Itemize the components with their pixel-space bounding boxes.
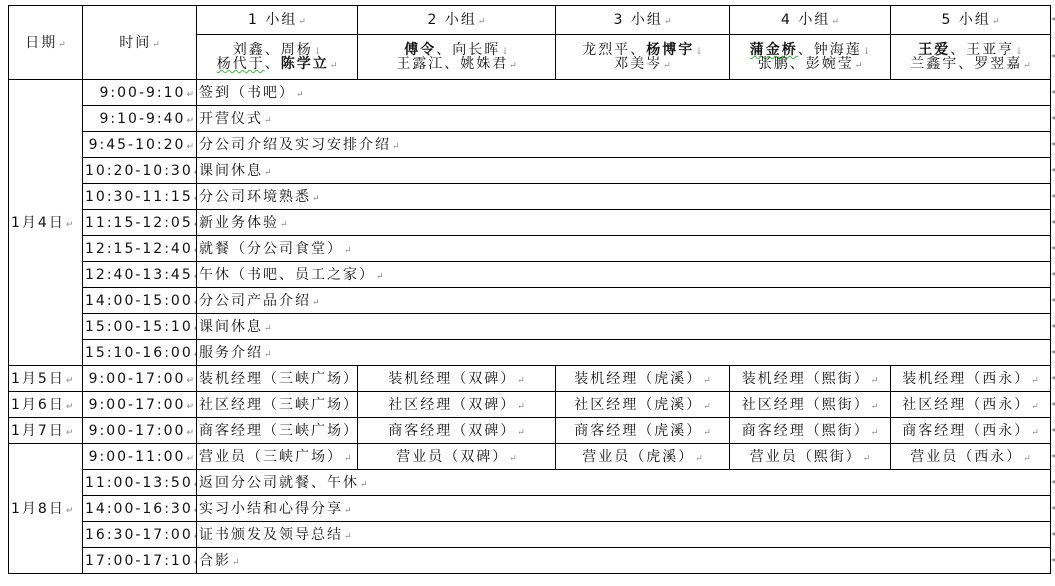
paragraph-mark: ↵ xyxy=(344,454,352,464)
paragraph-mark: ↵ xyxy=(264,350,272,360)
paragraph-mark: ↵ xyxy=(344,246,352,256)
group-number: 3 xyxy=(614,12,625,28)
activity-cell-text: 合影 xyxy=(199,553,231,569)
paragraph-mark: ↵ xyxy=(992,17,1000,27)
group-assignment-cell: 商客经理（西永）↵ xyxy=(891,418,1051,444)
date-cell-text: 1月5日 xyxy=(11,371,65,387)
activity-cell: 证书颁发及领导总结↵ xyxy=(197,522,1051,548)
paragraph-mark: ↵ xyxy=(695,454,703,464)
group-5-header: 5 小组↵ xyxy=(891,6,1051,35)
group-assignment-cell: 商客经理（三峡广场）↵ xyxy=(197,418,358,444)
paragraph-mark: ↵ xyxy=(232,558,240,568)
row-end-mark: ◂ xyxy=(1051,14,1055,23)
group-assignment-cell: 营业员（三峡广场）↵ xyxy=(197,444,358,470)
date-cell-text: 1月8日 xyxy=(11,501,65,517)
member-line-2: 杨代于、陈学立↵ xyxy=(199,57,355,71)
group-assignment-cell: 营业员（熙街）↵ xyxy=(730,444,891,470)
group-label: 小组 xyxy=(259,12,297,28)
row-end-mark: ◂ xyxy=(1051,503,1055,512)
group-assignment-cell: 商客经理（虎溪）↵ xyxy=(556,418,730,444)
time-cell: 15:00-15:10↵ xyxy=(83,314,197,340)
group-assignment-cell-text: 装机经理（熙街） xyxy=(742,371,870,387)
time-cell-text: 11:15-12:05 xyxy=(85,215,193,231)
schedule-row: 9:10-9:40↵开营仪式↵ xyxy=(9,106,1051,132)
activity-cell: 分公司产品介绍↵ xyxy=(197,288,1051,314)
paragraph-mark: ↵ xyxy=(186,116,194,126)
group-label: 小组 xyxy=(624,12,662,28)
paragraph-mark: ↵ xyxy=(703,376,711,386)
time-cell-text: 14:00-15:00 xyxy=(85,293,193,309)
group-assignment-cell: 社区经理（虎溪）↵ xyxy=(556,392,730,418)
time-cell-text: 12:15-12:40 xyxy=(85,241,193,257)
time-cell-text: 11:00-13:50 xyxy=(85,475,193,491)
paragraph-mark: ↵ xyxy=(360,480,368,490)
schedule-row: 14:00-16:30↵实习小结和心得分享↵ xyxy=(9,496,1051,522)
group-2-header: 2 小组↵ xyxy=(358,6,556,35)
schedule-row: 1月7日↵9:00-17:00↵商客经理（三峡广场）↵商客经理（双碑）↵商客经理… xyxy=(9,418,1051,444)
group-assignment-cell: 营业员（虎溪）↵ xyxy=(556,444,730,470)
schedule-row: 10:30-11:15↵分公司环境熟悉↵ xyxy=(9,184,1051,210)
time-cell-text: 9:10-9:40 xyxy=(100,111,186,127)
row-end-mark: ◂ xyxy=(1051,555,1055,564)
paragraph-mark: ↵ xyxy=(66,220,74,230)
schedule-row: 17:00-17:10↵合影↵ xyxy=(9,548,1051,574)
time-cell: 12:40-13:45↵ xyxy=(83,262,197,288)
group-4-header: 4 小组↵ xyxy=(730,6,891,35)
group-number: 1 xyxy=(248,12,259,28)
group-assignment-cell-text: 商客经理（西永） xyxy=(902,423,1030,439)
time-cell-text: 14:00-16:30 xyxy=(85,501,193,517)
activity-cell-text: 分公司环境熟悉 xyxy=(199,189,311,205)
group-assignment-cell-text: 商客经理（虎溪） xyxy=(574,423,702,439)
member-line-2: 王露江、姚姝君↵ xyxy=(360,57,553,71)
paragraph-mark: ↵ xyxy=(863,454,871,464)
activity-cell-text: 分公司产品介绍 xyxy=(199,293,311,309)
time-cell: 14:00-15:00↵ xyxy=(83,288,197,314)
member-name: 邓美岑 xyxy=(614,56,662,72)
group-assignment-cell-text: 社区经理（熙街） xyxy=(742,397,870,413)
paragraph-mark: ↵ xyxy=(186,142,194,152)
activity-cell-text: 课间休息 xyxy=(199,319,263,335)
group-assignment-cell: 社区经理（西永）↵ xyxy=(891,392,1051,418)
time-cell: 10:30-11:15↵ xyxy=(83,184,197,210)
group-assignment-cell-text: 营业员（三峡广场） xyxy=(199,449,343,465)
paragraph-mark: ↵ xyxy=(871,376,879,386)
group-1-header: 1 小组↵ xyxy=(197,6,358,35)
activity-cell: 新业务体验↵ xyxy=(197,210,1051,236)
row-end-mark: ◂ xyxy=(1051,113,1055,122)
time-cell: 9:10-9:40↵ xyxy=(83,106,197,132)
time-cell-text: 12:40-13:45 xyxy=(85,267,193,283)
activity-cell: 返回分公司就餐、午休↵ xyxy=(197,470,1051,496)
activity-cell-text: 课间休息 xyxy=(199,163,263,179)
paragraph-mark: ↵ xyxy=(264,116,272,126)
time-cell: 11:15-12:05↵ xyxy=(83,210,197,236)
paragraph-mark: ↵ xyxy=(58,40,66,50)
time-cell: 9:00-17:00↵ xyxy=(83,366,197,392)
paragraph-mark: ↵ xyxy=(296,90,304,100)
paragraph-mark: ↵ xyxy=(871,402,879,412)
activity-cell-text: 分公司介绍及实习安排介绍 xyxy=(199,137,391,153)
paragraph-mark: ↵ xyxy=(376,272,384,282)
group-assignment-cell: 商客经理（双碑）↵ xyxy=(358,418,556,444)
activity-cell: 课间休息↵ xyxy=(197,314,1051,340)
time-cell: 14:00-16:30↵ xyxy=(83,496,197,522)
date-cell-text: 1月7日 xyxy=(11,423,65,439)
date-cell-text: 1月6日 xyxy=(11,397,65,413)
group-label: 小组 xyxy=(438,12,476,28)
paragraph-mark: ↵ xyxy=(312,298,320,308)
time-cell: 9:45-10:20↵ xyxy=(83,132,197,158)
group-assignment-cell-text: 装机经理（虎溪） xyxy=(574,371,702,387)
paragraph-mark: ↵ xyxy=(517,376,525,386)
schedule-row: 14:00-15:00↵分公司产品介绍↵ xyxy=(9,288,1051,314)
group-assignment-cell-text: 装机经理（三峡广场） xyxy=(199,371,358,387)
group-assignment-cell-text: 营业员（虎溪） xyxy=(582,449,694,465)
paragraph-mark: ↵ xyxy=(1023,61,1031,71)
time-cell: 9:00-11:00↵ xyxy=(83,444,197,470)
paragraph-mark: ↵ xyxy=(330,61,338,71)
activity-cell-text: 实习小结和心得分享 xyxy=(199,501,343,517)
schedule-row: 16:30-17:00↵证书颁发及领导总结↵ xyxy=(9,522,1051,548)
activity-cell: 签到（书吧）↵ xyxy=(197,80,1051,106)
date-cell: 1月7日↵ xyxy=(9,418,83,444)
schedule-row: 15:10-16:00↵服务介绍↵ xyxy=(9,340,1051,366)
member-line-2: 张鹏、彭婉莹↵ xyxy=(732,57,888,71)
schedule-row: 11:00-13:50↵返回分公司就餐、午休↵ xyxy=(9,470,1051,496)
time-cell-text: 17:00-17:10 xyxy=(85,553,193,569)
member-name: 王露江 xyxy=(396,56,444,72)
activity-cell-text: 证书颁发及领导总结 xyxy=(199,527,343,543)
member-name: 杨代于 xyxy=(217,56,265,72)
paragraph-mark: ↵ xyxy=(186,428,194,438)
paragraph-mark: ↵ xyxy=(280,220,288,230)
time-cell: 9:00-17:00↵ xyxy=(83,418,197,444)
activity-cell-text: 服务介绍 xyxy=(199,345,263,361)
paragraph-mark: ↵ xyxy=(1031,402,1039,412)
paragraph-mark: ↵ xyxy=(66,376,74,386)
date-cell: 1月8日↵ xyxy=(9,444,83,574)
activity-cell-text: 就餐（分公司食堂） xyxy=(199,241,343,257)
time-cell: 15:10-16:00↵ xyxy=(83,340,197,366)
group-assignment-cell-text: 营业员（双碑） xyxy=(396,449,508,465)
row-end-mark: ◂ xyxy=(1051,477,1055,486)
time-cell-text: 15:00-15:10 xyxy=(85,319,193,335)
group-assignment-cell: 装机经理（双碑）↵ xyxy=(358,366,556,392)
group-assignment-cell-text: 营业员（熙街） xyxy=(750,449,862,465)
header-row-groups: 日期↵ 时间↵ 1 小组↵ 2 小组↵ 3 小组↵ 4 小组↵ 5 小组↵ xyxy=(9,6,1051,35)
group-assignment-cell-text: 商客经理（熙街） xyxy=(742,423,870,439)
group-assignment-cell: 社区经理（熙街）↵ xyxy=(730,392,891,418)
time-cell: 9:00-17:00↵ xyxy=(83,392,197,418)
paragraph-mark: ↵ xyxy=(186,454,194,464)
paragraph-mark: ↵ xyxy=(831,17,839,27)
group-assignment-cell: 装机经理（虎溪）↵ xyxy=(556,366,730,392)
separator: 、 xyxy=(444,56,460,72)
row-end-mark: ◂ xyxy=(1051,295,1055,304)
line-break-mark: ↓ xyxy=(695,47,703,57)
paragraph-mark: ↵ xyxy=(703,428,711,438)
separator: 、 xyxy=(265,56,281,72)
date-cell: 1月6日↵ xyxy=(9,392,83,418)
paragraph-mark: ↵ xyxy=(66,428,74,438)
line-break-mark: ↓ xyxy=(863,47,871,57)
row-end-mark: ◂ xyxy=(1051,269,1055,278)
date-header-label: 日期 xyxy=(25,35,57,51)
row-end-mark: ◂ xyxy=(1051,321,1055,330)
paragraph-mark: ↵ xyxy=(703,402,711,412)
group-assignment-cell: 商客经理（熙街）↵ xyxy=(730,418,891,444)
group-assignment-cell-text: 装机经理（西永） xyxy=(902,371,1030,387)
row-end-mark: ◂ xyxy=(1051,243,1055,252)
paragraph-mark: ↵ xyxy=(509,454,517,464)
member-name: 姚姝君 xyxy=(460,56,508,72)
paragraph-mark: ↵ xyxy=(663,61,671,71)
activity-cell: 课间休息↵ xyxy=(197,158,1051,184)
schedule-row: 1月5日↵9:00-17:00↵装机经理（三峡广场）↵装机经理（双碑）↵装机经理… xyxy=(9,366,1051,392)
date-cell: 1月5日↵ xyxy=(9,366,83,392)
group-4-members: 蒲金桥、钟海莲↓张鹏、彭婉莹↵ xyxy=(730,35,891,80)
activity-cell: 分公司介绍及实习安排介绍↵ xyxy=(197,132,1051,158)
paragraph-mark: ↵ xyxy=(871,428,879,438)
paragraph-mark: ↵ xyxy=(152,40,160,50)
member-name: 陈学立 xyxy=(281,56,329,72)
internship-schedule-table: 日期↵ 时间↵ 1 小组↵ 2 小组↵ 3 小组↵ 4 小组↵ 5 小组↵ 刘鑫… xyxy=(8,5,1051,574)
group-3-header: 3 小组↵ xyxy=(556,6,730,35)
activity-cell: 就餐（分公司食堂）↵ xyxy=(197,236,1051,262)
member-line-1: 王爱、王亚亨↓ xyxy=(893,43,1048,57)
time-cell-text: 9:45-10:20 xyxy=(89,137,186,153)
activity-cell: 开营仪式↵ xyxy=(197,106,1051,132)
paragraph-mark: ↵ xyxy=(298,17,306,27)
group-assignment-cell: 装机经理（三峡广场）↵ xyxy=(197,366,358,392)
paragraph-mark: ↵ xyxy=(517,428,525,438)
row-end-mark: ◂ xyxy=(1051,217,1055,226)
activity-cell-text: 返回分公司就餐、午休 xyxy=(199,475,359,491)
member-name: 彭婉莹 xyxy=(806,56,854,72)
schedule-row: 10:20-10:30↵课间休息↵ xyxy=(9,158,1051,184)
group-assignment-cell: 装机经理（熙街）↵ xyxy=(730,366,891,392)
group-number: 4 xyxy=(781,12,792,28)
paragraph-mark: ↵ xyxy=(1031,428,1039,438)
time-cell: 16:30-17:00↵ xyxy=(83,522,197,548)
member-line-2: 邓美岑↵ xyxy=(558,57,727,71)
time-header-label: 时间 xyxy=(119,35,151,51)
member-line-1: 傅令、向长晖↓ xyxy=(360,43,553,57)
time-cell-text: 9:00-9:10 xyxy=(100,85,186,101)
schedule-body: 1月4日↵9:00-9:10↵签到（书吧）↵9:10-9:40↵开营仪式↵9:4… xyxy=(9,80,1051,574)
schedule-row: 12:15-12:40↵就餐（分公司食堂）↵ xyxy=(9,236,1051,262)
schedule-row: 1月6日↵9:00-17:00↵社区经理（三峡广场）↵社区经理（双碑）↵社区经理… xyxy=(9,392,1051,418)
row-end-mark: ◂ xyxy=(1051,373,1055,382)
time-cell-text: 15:10-16:00 xyxy=(85,345,193,361)
group-5-members: 王爱、王亚亨↓兰鑫宇、罗翌嘉↵ xyxy=(891,35,1051,80)
group-assignment-cell-text: 社区经理（三峡广场） xyxy=(199,397,358,413)
group-assignment-cell-text: 社区经理（虎溪） xyxy=(574,397,702,413)
paragraph-mark: ↵ xyxy=(517,402,525,412)
group-label: 小组 xyxy=(952,12,990,28)
paragraph-mark: ↵ xyxy=(664,17,672,27)
time-cell: 17:00-17:10↵ xyxy=(83,548,197,574)
time-cell-text: 10:20-10:30 xyxy=(85,163,193,179)
member-line-1: 蒲金桥、钟海莲↓ xyxy=(732,43,888,57)
schedule-row: 15:00-15:10↵课间休息↵ xyxy=(9,314,1051,340)
member-line-1: 龙烈平、杨博宇↓ xyxy=(558,43,727,57)
group-assignment-cell: 社区经理（双碑）↵ xyxy=(358,392,556,418)
paragraph-mark: ↵ xyxy=(344,506,352,516)
activity-cell-text: 签到（书吧） xyxy=(199,85,295,101)
member-name: 罗翌嘉 xyxy=(974,56,1022,72)
member-line-2: 兰鑫宇、罗翌嘉↵ xyxy=(893,57,1048,71)
time-cell-text: 9:00-17:00 xyxy=(89,397,186,413)
paragraph-mark: ↵ xyxy=(1031,376,1039,386)
group-assignment-cell: 营业员（双碑）↵ xyxy=(358,444,556,470)
activity-cell: 午休（书吧、员工之家）↵ xyxy=(197,262,1051,288)
row-end-mark: ◂ xyxy=(1051,399,1055,408)
group-assignment-cell: 装机经理（西永）↵ xyxy=(891,366,1051,392)
group-assignment-cell-text: 社区经理（西永） xyxy=(902,397,1030,413)
group-number: 5 xyxy=(942,12,953,28)
schedule-row: 11:15-12:05↵新业务体验↵ xyxy=(9,210,1051,236)
paragraph-mark: ↵ xyxy=(264,168,272,178)
date-cell-text: 1月4日 xyxy=(11,215,65,231)
group-assignment-cell-text: 商客经理（双碑） xyxy=(388,423,516,439)
paragraph-mark: ↵ xyxy=(186,90,194,100)
paragraph-mark: ↵ xyxy=(1023,454,1031,464)
time-cell-text: 16:30-17:00 xyxy=(85,527,193,543)
paragraph-mark: ↵ xyxy=(186,402,194,412)
row-end-mark: ◂ xyxy=(1051,139,1055,148)
group-assignment-cell-text: 营业员（西永） xyxy=(910,449,1022,465)
time-cell-text: 9:00-11:00 xyxy=(89,449,186,465)
time-cell-text: 9:00-17:00 xyxy=(89,423,186,439)
schedule-row: 9:45-10:20↵分公司介绍及实习安排介绍↵ xyxy=(9,132,1051,158)
paragraph-mark: ↵ xyxy=(312,194,320,204)
paragraph-mark: ↵ xyxy=(186,376,194,386)
row-end-mark: ◂ xyxy=(1051,347,1055,356)
date-header: 日期↵ xyxy=(9,6,83,80)
activity-cell-text: 新业务体验 xyxy=(199,215,279,231)
paragraph-mark: ↵ xyxy=(509,61,517,71)
activity-cell: 分公司环境熟悉↵ xyxy=(197,184,1051,210)
activity-cell-text: 开营仪式 xyxy=(199,111,263,127)
paragraph-mark: ↵ xyxy=(66,402,74,412)
group-assignment-cell-text: 商客经理（三峡广场） xyxy=(199,423,358,439)
schedule-row: 1月4日↵9:00-9:10↵签到（书吧）↵ xyxy=(9,80,1051,106)
time-cell: 10:20-10:30↵ xyxy=(83,158,197,184)
group-3-members: 龙烈平、杨博宇↓邓美岑↵ xyxy=(556,35,730,80)
group-assignment-cell: 社区经理（三峡广场）↵ xyxy=(197,392,358,418)
paragraph-mark: ↵ xyxy=(344,532,352,542)
time-cell: 12:15-12:40↵ xyxy=(83,236,197,262)
paragraph-mark: ↵ xyxy=(264,324,272,334)
date-cell: 1月4日↵ xyxy=(9,80,83,366)
row-end-mark: ◂ xyxy=(1051,87,1055,96)
row-end-mark: ◂ xyxy=(1051,191,1055,200)
separator: 、 xyxy=(958,56,974,72)
group-assignment-cell: 营业员（西永）↵ xyxy=(891,444,1051,470)
group-assignment-cell-text: 装机经理（双碑） xyxy=(388,371,516,387)
activity-cell: 合影↵ xyxy=(197,548,1051,574)
member-name: 张鹏 xyxy=(758,56,790,72)
separator: 、 xyxy=(790,56,806,72)
time-cell-text: 9:00-17:00 xyxy=(89,371,186,387)
row-end-mark: ◂ xyxy=(1051,425,1055,434)
member-name: 兰鑫宇 xyxy=(910,56,958,72)
schedule-row: 12:40-13:45↵午休（书吧、员工之家）↵ xyxy=(9,262,1051,288)
row-end-mark: ◂ xyxy=(1051,165,1055,174)
group-number: 2 xyxy=(428,12,439,28)
time-cell: 9:00-9:10↵ xyxy=(83,80,197,106)
member-line-1: 刘鑫、周杨↓ xyxy=(199,43,355,57)
row-end-mark: ◂ xyxy=(1051,529,1055,538)
time-cell: 11:00-13:50↵ xyxy=(83,470,197,496)
time-header: 时间↵ xyxy=(83,6,197,80)
paragraph-mark: ↵ xyxy=(66,506,74,516)
time-cell-text: 10:30-11:15 xyxy=(85,189,193,205)
activity-cell: 实习小结和心得分享↵ xyxy=(197,496,1051,522)
activity-cell-text: 午休（书吧、员工之家） xyxy=(199,267,375,283)
activity-cell: 服务介绍↵ xyxy=(197,340,1051,366)
group-1-members: 刘鑫、周杨↓杨代于、陈学立↵ xyxy=(197,35,358,80)
row-end-mark: ◂ xyxy=(1051,51,1055,60)
paragraph-mark: ↵ xyxy=(855,61,863,71)
paragraph-mark: ↵ xyxy=(478,17,486,27)
paragraph-mark: ↵ xyxy=(392,142,400,152)
group-2-members: 傅令、向长晖↓王露江、姚姝君↵ xyxy=(358,35,556,80)
group-label: 小组 xyxy=(792,12,830,28)
schedule-row: 1月8日↵9:00-11:00↵营业员（三峡广场）↵营业员（双碑）↵营业员（虎溪… xyxy=(9,444,1051,470)
group-assignment-cell-text: 社区经理（双碑） xyxy=(388,397,516,413)
row-end-mark: ◂ xyxy=(1051,451,1055,460)
